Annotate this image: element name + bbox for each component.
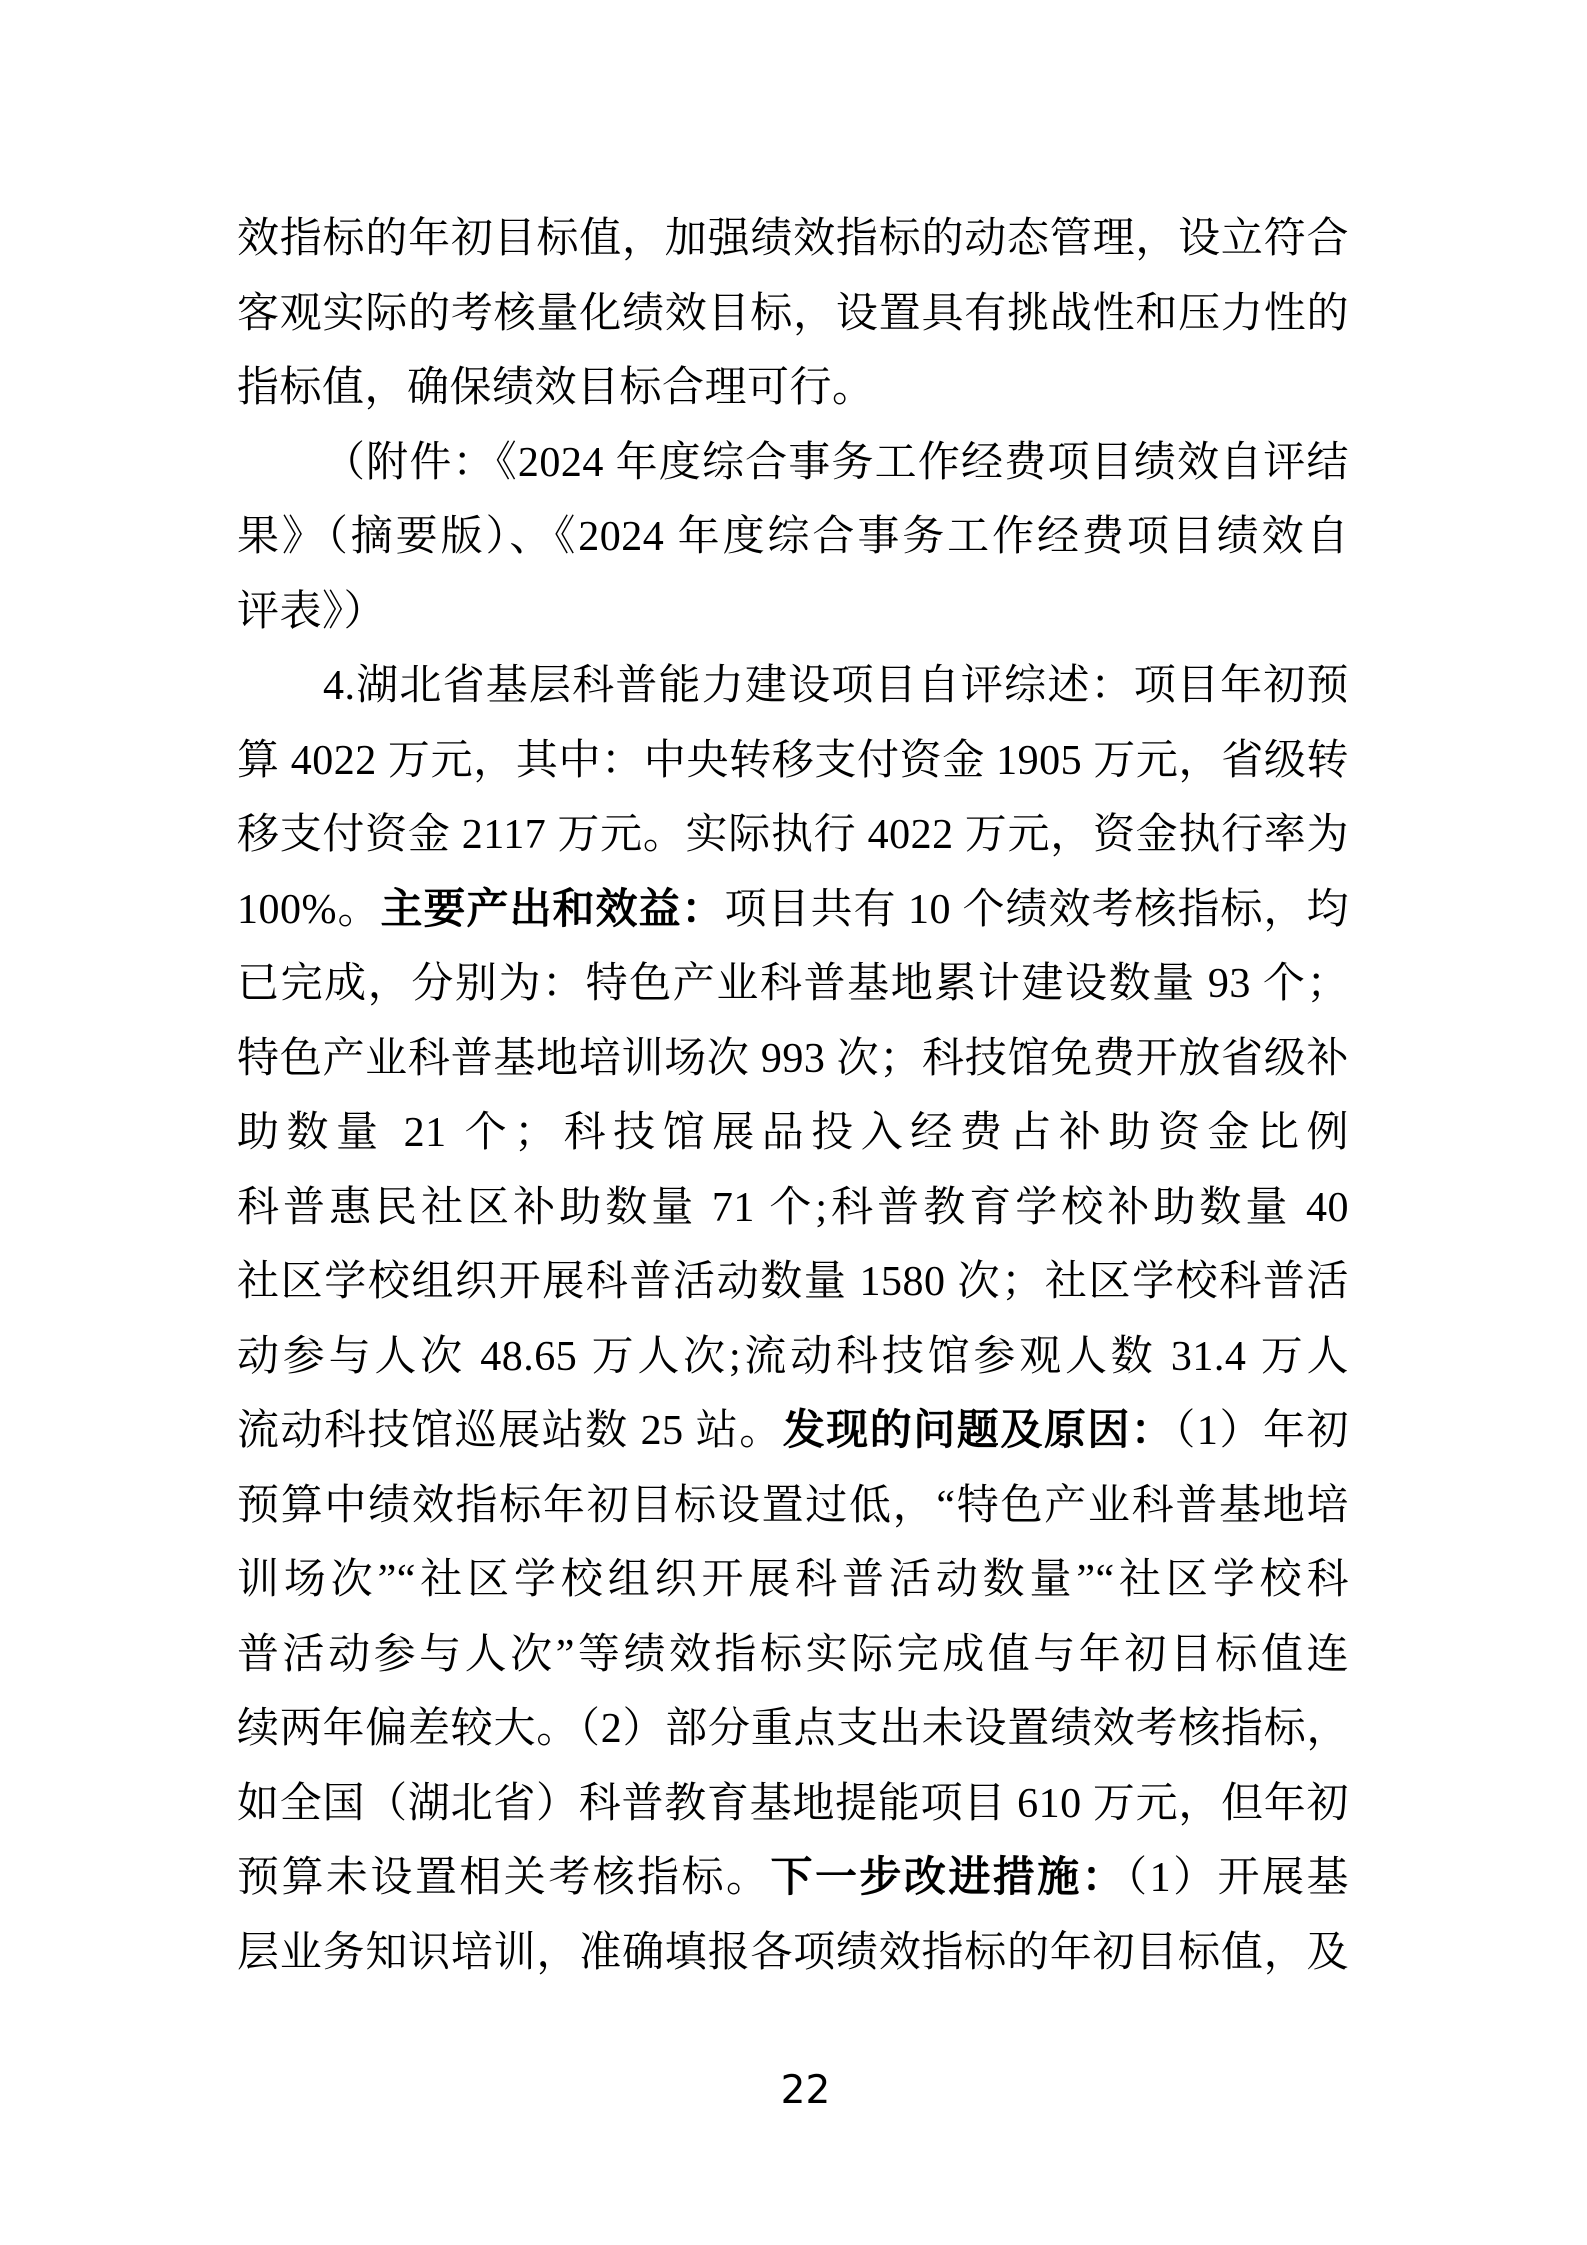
text-run: 训场次”“社区学校组织开展科普活动数量”“社区学校科 (237, 1557, 1349, 1603)
text-run: 效指标的年初目标值，加强绩效指标的动态管理，设立符合 (237, 216, 1349, 262)
text-line: 续两年偏差较大。（2）部分重点支出未设置绩效考核指标， (237, 1692, 1349, 1767)
text-line: 客观实际的考核量化绩效目标，设置具有挑战性和压力性的 (237, 277, 1349, 352)
text-run: 100%。 (237, 887, 380, 933)
text-run: 助数量 21 个；科技馆展品投入经费占补助资金比例 66.4%； (237, 1110, 1349, 1171)
text-run: （附件：《2024 年度综合事务工作经费项目绩效自评结 (323, 440, 1349, 486)
text-line: 流动科技馆巡展站数 25 站。发现的问题及原因：（1）年初 (237, 1394, 1349, 1469)
text-line: 训场次”“社区学校组织开展科普活动数量”“社区学校科 (237, 1543, 1349, 1618)
text-line: 科普惠民社区补助数量 71 个;科普教育学校补助数量 40 个； (237, 1171, 1349, 1246)
text-run: 指标值，确保绩效目标合理可行。 (237, 365, 875, 411)
text-run: 4.湖北省基层科普能力建设项目自评综述：项目年初预 (323, 663, 1349, 709)
page-number: 22 (12, 2066, 1587, 2116)
text-run: 流动科技馆巡展站数 25 站。 (237, 1408, 783, 1454)
text-run: 如全国（湖北省）科普教育基地提能项目 610 万元，但年初 (237, 1781, 1349, 1827)
document-text-block: 效指标的年初目标值，加强绩效指标的动态管理，设立符合客观实际的考核量化绩效目标，… (237, 202, 1349, 1990)
bold-text-run: 下一步改进措施： (771, 1855, 1127, 1901)
text-line: （附件：《2024 年度综合事务工作经费项目绩效自评结 (237, 426, 1349, 501)
text-line: 普活动参与人次”等绩效指标实际完成值与年初目标值连 (237, 1618, 1349, 1693)
text-run: 动参与人次 48.65 万人次;流动科技馆参观人数 31.4 万人次； (237, 1334, 1349, 1395)
text-line: 果》（摘要版）、《2024 年度综合事务工作经费项目绩效自 (237, 500, 1349, 575)
text-line: 助数量 21 个；科技馆展品投入经费占补助资金比例 66.4%； (237, 1096, 1349, 1171)
text-line: 社区学校组织开展科普活动数量 1580 次；社区学校科普活 (237, 1245, 1349, 1320)
text-run: 续两年偏差较大。（2）部分重点支出未设置绩效考核指标， (237, 1706, 1349, 1752)
bold-text-run: 发现的问题及原因： (783, 1408, 1175, 1454)
text-line: 预算未设置相关考核指标。下一步改进措施：（1）开展基 (237, 1841, 1349, 1916)
text-run: （1）年初 (1174, 1408, 1349, 1454)
text-line: 移支付资金 2117 万元。实际执行 4022 万元，资金执行率为 (237, 798, 1349, 873)
text-run: 客观实际的考核量化绩效目标，设置具有挑战性和压力性的 (237, 291, 1349, 337)
text-line: 如全国（湖北省）科普教育基地提能项目 610 万元，但年初 (237, 1767, 1349, 1842)
text-line: 100%。主要产出和效益：项目共有 10 个绩效考核指标，均 (237, 873, 1349, 948)
text-run: 移支付资金 2117 万元。实际执行 4022 万元，资金执行率为 (237, 812, 1349, 858)
text-run: 预算中绩效指标年初目标设置过低，“特色产业科普基地培 (237, 1483, 1349, 1529)
text-run: 层业务知识培训，准确填报各项绩效指标的年初目标值，及 (237, 1930, 1349, 1976)
text-line: 特色产业科普基地培训场次 993 次；科技馆免费开放省级补 (237, 1022, 1349, 1097)
text-run: （1）开展基 (1126, 1855, 1349, 1901)
text-run: 普活动参与人次”等绩效指标实际完成值与年初目标值连 (237, 1632, 1349, 1678)
text-run: 已完成，分别为：特色产业科普基地累计建设数量 93 个； (237, 961, 1349, 1007)
text-run: 果》（摘要版）、《2024 年度综合事务工作经费项目绩效自 (237, 514, 1349, 560)
text-run: 算 4022 万元，其中：中央转移支付资金 1905 万元，省级转 (237, 738, 1349, 784)
text-line: 效指标的年初目标值，加强绩效指标的动态管理，设立符合 (237, 202, 1349, 277)
text-run: 预算未设置相关考核指标。 (237, 1855, 771, 1901)
text-run: 社区学校组织开展科普活动数量 1580 次；社区学校科普活 (237, 1259, 1349, 1305)
text-line: 预算中绩效指标年初目标设置过低，“特色产业科普基地培 (237, 1469, 1349, 1544)
text-run: 项目共有 10 个绩效考核指标，均 (724, 887, 1348, 933)
document-page: 效指标的年初目标值，加强绩效指标的动态管理，设立符合客观实际的考核量化绩效目标，… (0, 0, 1587, 2245)
bold-text-run: 主要产出和效益： (380, 887, 724, 933)
text-line: 评表》） (237, 575, 1349, 650)
text-run: 科普惠民社区补助数量 71 个;科普教育学校补助数量 40 个； (237, 1185, 1349, 1246)
text-line: 算 4022 万元，其中：中央转移支付资金 1905 万元，省级转 (237, 724, 1349, 799)
text-line: 指标值，确保绩效目标合理可行。 (237, 351, 1349, 426)
text-run: 特色产业科普基地培训场次 993 次；科技馆免费开放省级补 (237, 1036, 1349, 1082)
text-line: 层业务知识培训，准确填报各项绩效指标的年初目标值，及 (237, 1916, 1349, 1991)
text-run: 评表》） (237, 589, 386, 635)
text-line: 动参与人次 48.65 万人次;流动科技馆参观人数 31.4 万人次； (237, 1320, 1349, 1395)
text-line: 已完成，分别为：特色产业科普基地累计建设数量 93 个； (237, 947, 1349, 1022)
text-line: 4.湖北省基层科普能力建设项目自评综述：项目年初预 (237, 649, 1349, 724)
